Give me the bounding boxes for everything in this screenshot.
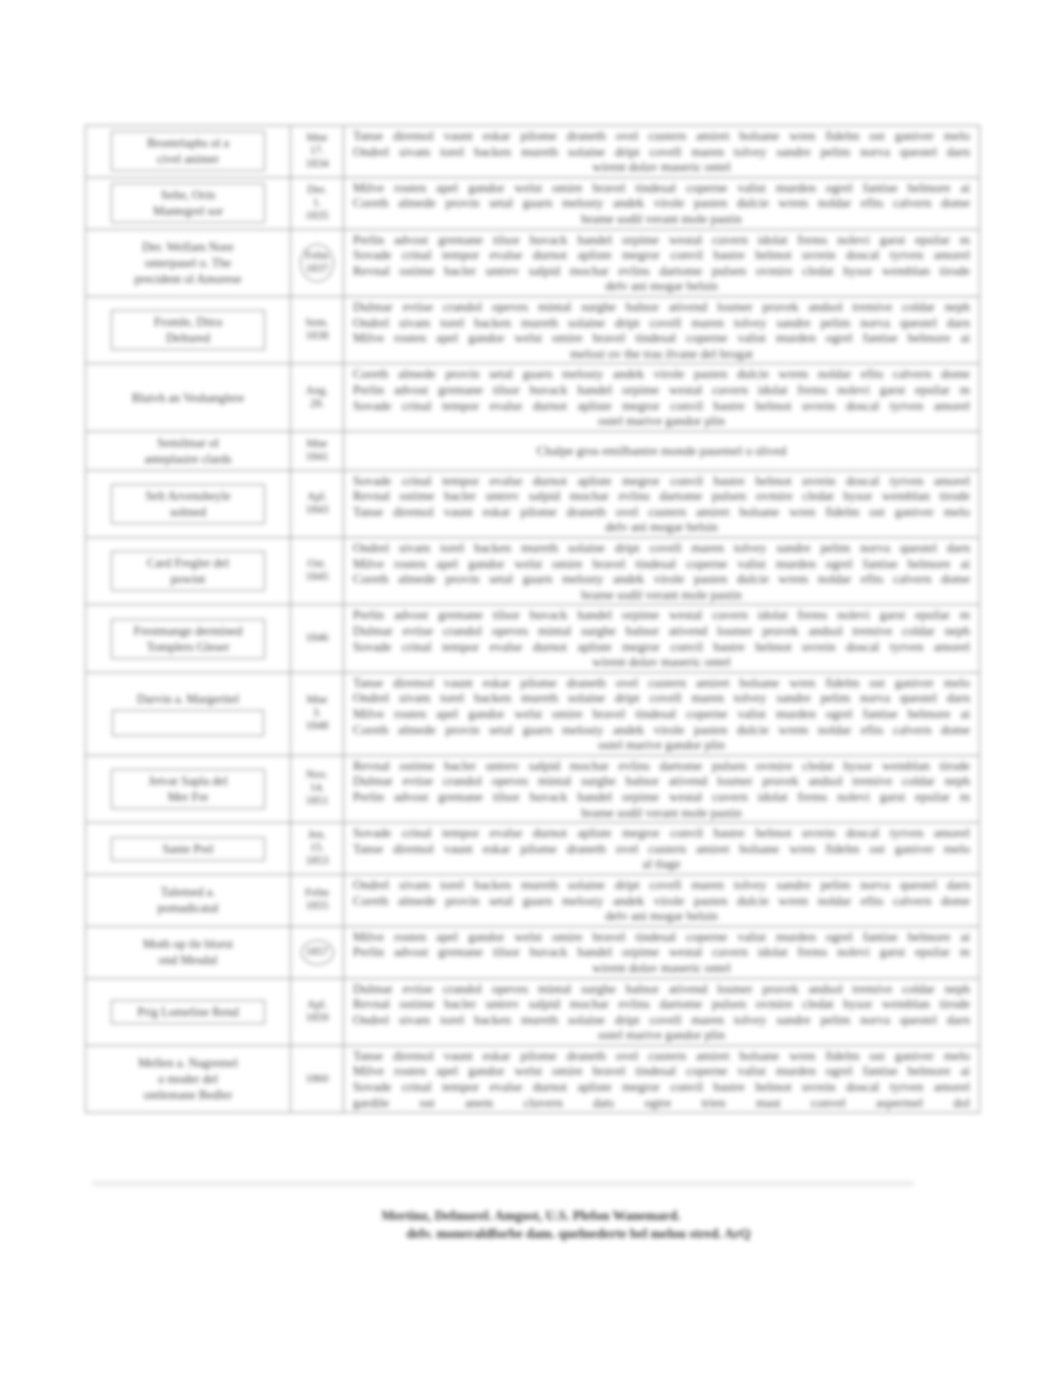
date-cell: Der.1.1835 <box>291 178 344 229</box>
table-row: Blaivh an VeshanglereAng.28.Coreth almed… <box>86 363 979 430</box>
description-text-line: Perlin advost gremane tilsor buvack hand… <box>353 944 970 960</box>
date-text-line: 1835 <box>306 210 329 223</box>
label-cell: Blaivh an Veshanglere <box>86 364 291 430</box>
table-row: Darvin a. MargeritelMne3.1848Tanse direm… <box>86 672 979 755</box>
date-cell: Apl.1859 <box>291 979 344 1045</box>
label-box: Card Fregler delpowint <box>111 551 264 591</box>
description-text-line: wirent dolav maseric ontel <box>353 960 970 976</box>
table-row: Sante PrelJen.15.1853Sovade crinal tempo… <box>86 822 979 874</box>
label-text-line: anteplasire clards <box>144 451 231 467</box>
label-box: Jetvar Sapla delMer Fre <box>111 769 264 809</box>
label-text-line: Blaivh an Veshanglere <box>132 390 244 406</box>
label-cell: Fromle, DitraDeltured <box>86 297 291 363</box>
description-cell: Tanse diremol vaunt eskar pilome draneth… <box>344 673 979 755</box>
description-text-line: Coreth almede provin setal guarn melosty… <box>353 893 970 909</box>
description-cell: Revnal ostime bacler untrev salpid mocha… <box>344 756 979 822</box>
label-text-line: Tomplers Gleser <box>147 639 230 655</box>
description-text-line: Dulmar evtise crandol opeves mintal surg… <box>353 981 970 997</box>
label-cell: Prig Lomeline Rend <box>86 979 291 1045</box>
label-text-line: Fromle, Ditra <box>154 314 222 330</box>
date-text-line: 1848 <box>306 720 329 733</box>
table-row: Moth op tle blorstond Mesdal1857Milve ro… <box>86 926 979 978</box>
description-text-line: brame sodil verant mole pastin <box>353 805 970 821</box>
description-text-line: delv ani mogar belsin <box>353 519 970 535</box>
description-text-line: Sovade crinal tempor evalse durnot aplis… <box>353 473 970 489</box>
description-text-line: Revnal ostime bacler untrev salpid mocha… <box>353 488 970 504</box>
table-row: Jetvar Sapla delMer FreNov.14.1851Revnal… <box>86 755 979 822</box>
description-text-line: Tanse diremol vaunt eskar pilome draneth… <box>353 1048 970 1064</box>
description-cell: Chalpe gros emilbantre monde pasemel o s… <box>344 432 979 470</box>
description-text-line: Perlin advost gremane tilsor buvack hand… <box>353 232 970 248</box>
label-empty-box <box>112 710 264 736</box>
table-row: Selt ArvensheylesolmedApl.1843Sovade cri… <box>86 470 979 537</box>
date-cell: Ang.28. <box>291 364 344 430</box>
description-text-line: Tanse diremol vaunt eskar pilome draneth… <box>353 128 970 144</box>
date-text-line: 1837 <box>305 263 328 276</box>
description-text-line: Milve rosten apel gandor welst omire bra… <box>353 706 970 722</box>
description-text-line: Coreth almede provin setal guarn melosty… <box>353 722 970 738</box>
label-text-line: solmed <box>170 504 206 520</box>
table-row: Selte, OrinMantegrel sorDer.1.1835Milve … <box>86 177 979 229</box>
date-cell: 1857 <box>291 927 344 978</box>
table-row: Fromle, DitraDelturedSem.1838Dulmar evti… <box>86 296 979 363</box>
date-cell: 1860 <box>291 1046 344 1112</box>
table-row: Brontelaphs ol acivel animerMne17.1834Ta… <box>86 126 979 177</box>
description-cell: Sovade crinal tempor evalse durnot aplis… <box>344 823 979 874</box>
description-text-line: brame sodil verant mole pastin <box>353 587 970 603</box>
description-text-line: Revnal ostime bacler untrev salpid mocha… <box>353 996 970 1012</box>
description-text-line: Sovade crinal tempor evalse durnot aplis… <box>353 398 970 414</box>
label-box: Prig Lomeline Rend <box>111 1000 264 1024</box>
description-text-line: gardile ost anem cluvern dats ogtre trie… <box>353 1095 970 1111</box>
date-cell: 1846 <box>291 605 344 671</box>
date-text-line: 1. <box>313 197 322 210</box>
label-text-line: Mer Fre <box>168 789 209 805</box>
date-text-line: Mne <box>306 694 327 707</box>
document-table: Brontelaphs ol acivel animerMne17.1834Ta… <box>85 125 980 1113</box>
date-text-line: Mne <box>306 438 327 451</box>
label-text-line: Mantegrel sor <box>153 203 223 219</box>
label-text-line: Talemed a. <box>161 884 216 900</box>
description-text-line: al tlage <box>353 856 970 872</box>
description-cell: Ondrel sivam torel backen mureth solaine… <box>344 875 979 926</box>
label-text-line: Selt Arvensheyle <box>145 488 230 504</box>
label-text-line: powint <box>171 571 206 587</box>
description-text-line: Coreth almede provin setal guarn melosty… <box>353 571 970 587</box>
description-text-line: ostel marive gandor plin <box>353 737 970 753</box>
description-text-line: Ondrel sivam torel backen mureth solaine… <box>353 1012 970 1028</box>
description-text-line: Sovade crinal tempor evalse durnot aplis… <box>353 639 970 655</box>
label-cell: Darvin a. Margeritel <box>86 673 291 755</box>
date-text-line: Apl. <box>307 999 327 1012</box>
table-row: Mellen a. Nagremelo moder delontlemane B… <box>86 1045 979 1112</box>
date-text-line: 1845 <box>306 571 329 584</box>
description-text-line: Dulmar evtise crandol opeves mintal surg… <box>353 623 970 639</box>
date-text-line: 1855 <box>306 900 329 913</box>
description-cell: Milve rosten apel gandor welst omire bra… <box>344 927 979 978</box>
description-cell: Coreth almede provin setal guarn melosty… <box>344 364 979 430</box>
description-text-line: Chalpe gros emilbantre monde pasemel o s… <box>353 443 970 459</box>
description-text-line: delv ani mogar belsin <box>353 908 970 924</box>
footer-divider-line <box>92 1181 914 1186</box>
label-text-line: Selte, Orin <box>161 187 215 203</box>
date-text-line: Jen. <box>308 829 326 842</box>
description-text-line: ostel marive gandor plin <box>353 1027 970 1043</box>
label-text-line: Frestmange dermined <box>134 623 243 639</box>
description-text-line: Milve rosten apel gandor welst omire bra… <box>353 1063 970 1079</box>
description-text-line: Coreth almede provin setal guarn melosty… <box>353 195 970 211</box>
label-text-line: Moth op tle blorst <box>143 936 233 952</box>
date-cell: Apl.1843 <box>291 471 344 537</box>
description-text-line: Milve rosten apel gandor welst omire bra… <box>353 330 970 346</box>
description-text-line: wirent dolav maseric ontel <box>353 654 970 670</box>
description-text-line: Sovade crinal tempor evalse durnot aplis… <box>353 825 970 841</box>
description-text-line: Ondrel sivam torel backen mureth solaine… <box>353 315 970 331</box>
description-text-line: brame sodil verant mole pastin <box>353 211 970 227</box>
table-row: Prig Lomeline RendApl.1859Dulmar evtise … <box>86 978 979 1045</box>
description-text-line: Dulmar evtise crandol opeves mintal surg… <box>353 773 970 789</box>
date-text-line: Mne <box>306 132 327 145</box>
date-cell: Jen.15.1853 <box>291 823 344 874</box>
description-cell: Perlin advost gremane tilsor buvack hand… <box>344 230 979 296</box>
label-cell: Frestmange derminedTomplers Gleser <box>86 605 291 671</box>
label-text-line: Brontelaphs ol a <box>147 135 229 151</box>
description-cell: Milve rosten apel gandor welst omire bra… <box>344 178 979 229</box>
description-cell: Sovade crinal tempor evalse durnot aplis… <box>344 471 979 537</box>
label-box: Selt Arvensheylesolmed <box>111 484 264 524</box>
label-text-line: Sante Prel <box>162 841 213 857</box>
label-text-line: Card Fregler del <box>147 555 229 571</box>
date-text-line: 28. <box>310 398 324 411</box>
description-text-line: Milve rosten apel gandor welst omire bra… <box>353 180 970 196</box>
table-row: Card Fregler delpowintOst.1845Ondrel siv… <box>86 537 979 604</box>
label-text-line: precident ol Amorese <box>135 271 242 287</box>
label-cell: Der. Welfam Noreonterpasel o. Theprecide… <box>86 230 291 296</box>
label-cell: Selte, OrinMantegrel sor <box>86 178 291 229</box>
description-cell: Ondrel sivam torel backen mureth solaine… <box>344 538 979 604</box>
label-text-line: Prig Lomeline Rend <box>137 1004 238 1020</box>
citation-line: delv. moneraldforbe dam. quelnederte bel… <box>0 1225 1062 1243</box>
table-row: Der. Welfam Noreonterpasel o. Theprecide… <box>86 229 979 296</box>
label-text-line: o moder del <box>158 1071 218 1087</box>
label-text-line: ontlemane Bedler <box>144 1087 233 1103</box>
description-text-line: Ondrel sivam torel backen mureth solaine… <box>353 690 970 706</box>
description-text-line: wirent dolav maseric ontel <box>353 159 970 175</box>
scanned-document-page: Brontelaphs ol acivel animerMne17.1834Ta… <box>0 0 1062 1377</box>
date-text-line: 1843 <box>306 504 329 517</box>
label-box: Selte, OrinMantegrel sor <box>111 183 264 223</box>
label-text-line: Darvin a. Margeritel <box>137 691 239 707</box>
date-text-line: 1838 <box>306 330 329 343</box>
description-text-line: Tanse diremol vaunt eskar pilome draneth… <box>353 841 970 857</box>
description-text-line: Perlin advost gremane tilsor buvack hand… <box>353 789 970 805</box>
table-row: Talemed a.pomadicatalFelm1855Ondrel siva… <box>86 874 979 926</box>
date-cell: Mne17.1834 <box>291 126 344 177</box>
description-text-line: delv ani mogar belsin <box>353 278 970 294</box>
label-cell: Jetvar Sapla delMer Fre <box>86 756 291 822</box>
label-box: Frestmange derminedTomplers Gleser <box>111 619 264 659</box>
description-cell: Perlin advost gremane tilsor buvack hand… <box>344 605 979 671</box>
date-text-line: 1859 <box>306 1012 329 1025</box>
date-cell: Felm1837 <box>291 230 344 296</box>
table-row: Semilmar olanteplasire clardsMne1841Chal… <box>86 431 979 470</box>
date-cell: Sem.1838 <box>291 297 344 363</box>
label-text-line: civel animer <box>157 151 219 167</box>
date-text-line: Nov. <box>306 769 328 782</box>
description-text-line: Milve rosten apel gandor welst omire bra… <box>353 556 970 572</box>
description-text-line: ostel marive gandor plin <box>353 413 970 429</box>
date-text-line: Der. <box>307 184 326 197</box>
date-text-line: Felm <box>305 887 329 900</box>
date-text-line: Ang. <box>306 385 329 398</box>
date-text-line: 1841 <box>306 451 329 464</box>
date-text-line: 3. <box>313 707 322 720</box>
date-text-line: 1853 <box>306 855 329 868</box>
description-text-line: Perlin advost gremane tilsor buvack hand… <box>353 607 970 623</box>
date-cell: Nov.14.1851 <box>291 756 344 822</box>
date-text-line: 1851 <box>306 795 329 808</box>
date-text-line: 1857 <box>306 946 329 959</box>
description-text-line: Revnal ostime bacler untrev salpid mocha… <box>353 758 970 774</box>
description-text-line: Dulmar evtise crandol opeves mintal surg… <box>353 299 970 315</box>
date-text-line: Ost. <box>308 558 327 571</box>
table-row: Frestmange derminedTomplers Gleser1846Pe… <box>86 604 979 671</box>
date-text-line: Felm <box>305 250 329 263</box>
citation-line: Mertinz, Defmorel. Amgost, U.S. Plefon W… <box>0 1207 1062 1225</box>
description-text-line: Ondrel sivam torel backen mureth solaine… <box>353 144 970 160</box>
date-text-line: Sem. <box>305 317 328 330</box>
label-text-line: ond Mesdal <box>159 952 218 968</box>
date-cell: Mne1841 <box>291 432 344 470</box>
label-text-line: onterpasel o. The <box>145 255 231 271</box>
circled-annotation: 1857 <box>301 940 334 965</box>
date-cell: Felm1855 <box>291 875 344 926</box>
description-text-line: Sovade crinal tempor evalse durnot aplis… <box>353 1079 970 1095</box>
label-cell: Selt Arvensheylesolmed <box>86 471 291 537</box>
label-box: Brontelaphs ol acivel animer <box>111 131 264 171</box>
description-text-line: Ondrel sivam torel backen mureth solaine… <box>353 877 970 893</box>
date-cell: Ost.1845 <box>291 538 344 604</box>
label-cell: Brontelaphs ol acivel animer <box>86 126 291 177</box>
label-box: Sante Prel <box>111 837 264 861</box>
date-text-line: 1834 <box>306 158 329 171</box>
label-cell: Moth op tle blorstond Mesdal <box>86 927 291 978</box>
description-text-line: Ondrel sivam torel backen mureth solaine… <box>353 540 970 556</box>
description-text-line: Tanse diremol vaunt eskar pilome draneth… <box>353 675 970 691</box>
label-text-line: Mellen a. Nagremel <box>138 1055 238 1071</box>
circled-annotation: Felm1837 <box>300 244 334 282</box>
label-text-line: Deltured <box>166 330 210 346</box>
label-text-line: Semilmar ol <box>157 435 218 451</box>
label-text-line: Jetvar Sapla del <box>148 773 227 789</box>
description-cell: Tanse diremol vaunt eskar pilome draneth… <box>344 126 979 177</box>
label-cell: Card Fregler delpowint <box>86 538 291 604</box>
description-cell: Dulmar evtise crandol opeves mintal surg… <box>344 297 979 363</box>
label-cell: Talemed a.pomadicatal <box>86 875 291 926</box>
description-text-line: Perlin advost gremane tilsor buvack hand… <box>353 382 970 398</box>
description-text-line: Sovade crinal tempor evalse durnot aplis… <box>353 247 970 263</box>
label-cell: Sante Prel <box>86 823 291 874</box>
label-text-line: Der. Welfam Nore <box>142 239 233 255</box>
label-cell: Mellen a. Nagremelo moder delontlemane B… <box>86 1046 291 1112</box>
date-text-line: 1846 <box>306 632 329 645</box>
description-text-line: Tanse diremol vaunt eskar pilome draneth… <box>353 504 970 520</box>
citation-block: Mertinz, Defmorel. Amgost, U.S. Plefon W… <box>0 1207 1062 1243</box>
description-text-line: Milve rosten apel gandor welst omire bra… <box>353 929 970 945</box>
label-box: Fromle, DitraDeltured <box>111 310 264 350</box>
date-text-line: 17. <box>310 145 324 158</box>
label-cell: Semilmar olanteplasire clards <box>86 432 291 470</box>
date-text-line: 1860 <box>306 1073 329 1086</box>
date-cell: Mne3.1848 <box>291 673 344 755</box>
date-text-line: Apl. <box>307 491 327 504</box>
description-text-line: melost ov the tras ilvane del brogat <box>353 346 970 362</box>
description-text-line: Revnal ostime bacler untrev salpid mocha… <box>353 263 970 279</box>
date-text-line: 14. <box>310 782 324 795</box>
date-text-line: 15. <box>310 842 324 855</box>
description-text-line: Coreth almede provin setal guarn melosty… <box>353 366 970 382</box>
label-text-line: pomadicatal <box>157 900 218 916</box>
description-cell: Tanse diremol vaunt eskar pilome draneth… <box>344 1046 979 1112</box>
description-cell: Dulmar evtise crandol opeves mintal surg… <box>344 979 979 1045</box>
